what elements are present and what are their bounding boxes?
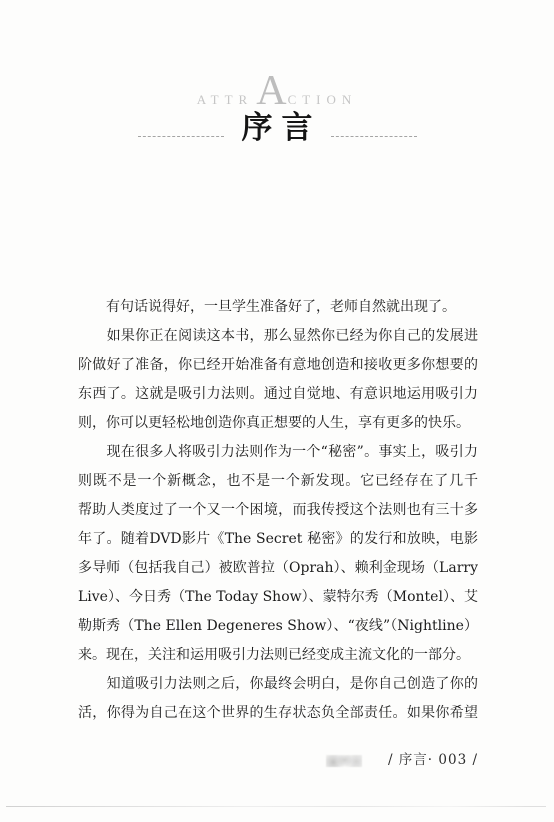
body-line: 则既不是一个新概念，也不是一个新发现。它已经存在了几千年，: [78, 467, 478, 496]
chapter-title-row: 序言: [0, 110, 554, 146]
body-line: 东西了。这就是吸引力法则。通过自觉地、有意识地运用吸引力法: [78, 380, 478, 409]
body-line: Live）、今日秀（The Today Show）、蒙特尔秀（Montel）、艾…: [78, 583, 478, 612]
title-rule-left: [138, 136, 224, 137]
watermark-prefix: ATTR: [197, 92, 254, 108]
body-text: 有句话说得好，一旦学生准备好了，老师自然就出现了。 如果你正在阅读这本书，那么显…: [78, 293, 478, 728]
body-line: 知道吸引力法则之后，你最终会明白，是你自己创造了你的生: [78, 670, 478, 699]
body-line: 则，你可以更轻松地创造你真正想要的人生，享有更多的快乐。: [78, 409, 478, 438]
body-line: 多导师（包括我自己）被欧普拉（Oprah）、赖利金现场（Larry King: [78, 554, 478, 583]
body-line: 来。现在，关注和运用吸引力法则已经变成主流文化的一部分。: [78, 641, 478, 670]
book-page: ATTRACTION 序言 有句话说得好，一旦学生准备好了，老师自然就出现了。 …: [0, 0, 554, 822]
scan-artifact-line: [6, 806, 546, 807]
body-line: 勒斯秀（The Ellen Degeneres Show）、“夜线”（Night…: [78, 612, 478, 641]
chapter-title: 序言: [242, 110, 322, 146]
watermark-initial-a: A: [256, 70, 286, 112]
body-line: 年了。随着DVD影片《The Secret 秘密》的发行和放映，电影中的许: [78, 525, 478, 554]
print-bleed-smudge: [326, 755, 362, 767]
page-number: / 序言· 003 /: [388, 750, 478, 770]
body-line: 有句话说得好，一旦学生准备好了，老师自然就出现了。: [78, 293, 478, 322]
watermark-suffix: CTION: [288, 92, 358, 108]
body-line: 现在很多人将吸引力法则作为一个“秘密”。事实上，吸引力法: [78, 438, 478, 467]
body-line: 活，你得为自己在这个世界的生存状态负全部责任。如果你希望外: [78, 699, 478, 728]
attraction-watermark: ATTRACTION: [0, 70, 554, 112]
body-line: 如果你正在阅读这本书，那么显然你已经为你自己的发展进: [78, 322, 478, 351]
title-rule-right: [331, 136, 417, 137]
body-line: 帮助人类度过了一个又一个困境，而我传授这个法则也有三十多: [78, 496, 478, 525]
page-footer: / 序言· 003 /: [0, 750, 554, 772]
body-line: 阶做好了准备，你已经开始准备有意地创造和接收更多你想要的: [78, 351, 478, 380]
